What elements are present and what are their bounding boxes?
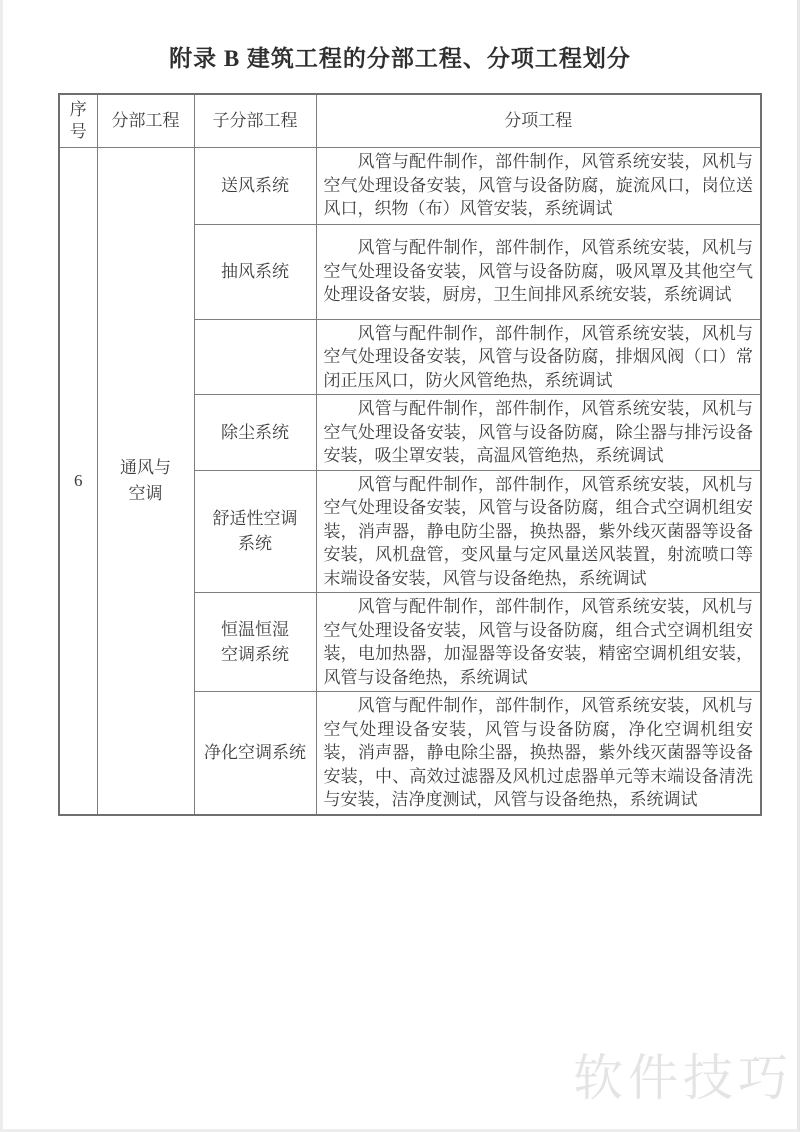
page-title: 附录 B 建筑工程的分部工程、分项工程划分: [3, 40, 797, 73]
sub-division-cell: [194, 319, 316, 395]
sub-division-cell: 恒温恒湿 空调系统: [194, 593, 316, 692]
sub-division-cell: 送风系统: [194, 147, 316, 224]
header-items: 分项工程: [316, 94, 761, 147]
division-name-cell: 通风与 空调: [97, 147, 194, 815]
items-cell: 风管与配件制作，部件制作，风管系统安装，风机与空气处理设备安装，风管与设备防腐，…: [316, 319, 761, 395]
watermark-text: 软件技巧: [573, 1038, 793, 1110]
header-serial: 序 号: [59, 94, 97, 147]
items-cell: 风管与配件制作，部件制作，风管系统安装，风机与空气处理设备安装，风管与设备防腐，…: [316, 224, 761, 319]
header-division: 分部工程: [97, 94, 194, 147]
items-cell: 风管与配件制作，部件制作，风管系统安装，风机与空气处理设备安装，风管与设备防腐，…: [316, 147, 761, 224]
items-cell: 风管与配件制作，部件制作，风管系统安装，风机与空气处理设备安装，风管与设备防腐，…: [316, 692, 761, 815]
header-sub-division: 子分部工程: [194, 94, 316, 147]
items-cell: 风管与配件制作，部件制作，风管系统安装，风机与空气处理设备安装，风管与设备防腐，…: [316, 395, 761, 471]
sub-division-cell: 舒适性空调 系统: [194, 470, 316, 593]
table-header-row: 序 号 分部工程 子分部工程 分项工程: [59, 94, 761, 147]
table-row: 6 通风与 空调 送风系统 风管与配件制作，部件制作，风管系统安装，风机与空气处…: [59, 147, 761, 224]
items-cell: 风管与配件制作，部件制作，风管系统安装，风机与空气处理设备安装，风管与设备防腐，…: [316, 470, 761, 593]
document-page: 附录 B 建筑工程的分部工程、分项工程划分 序 号 分部工程 子分部工程 分项工…: [0, 0, 800, 1132]
sub-division-cell: 净化空调系统: [194, 692, 316, 815]
items-cell: 风管与配件制作，部件制作，风管系统安装，风机与空气处理设备安装，风管与设备防腐，…: [316, 593, 761, 692]
sub-division-cell: 抽风系统: [194, 224, 316, 319]
sub-division-cell: 除尘系统: [194, 395, 316, 471]
serial-number-cell: 6: [59, 147, 97, 815]
division-table: 序 号 分部工程 子分部工程 分项工程 6 通风与 空调 送风系统 风管与配件制…: [58, 93, 762, 816]
